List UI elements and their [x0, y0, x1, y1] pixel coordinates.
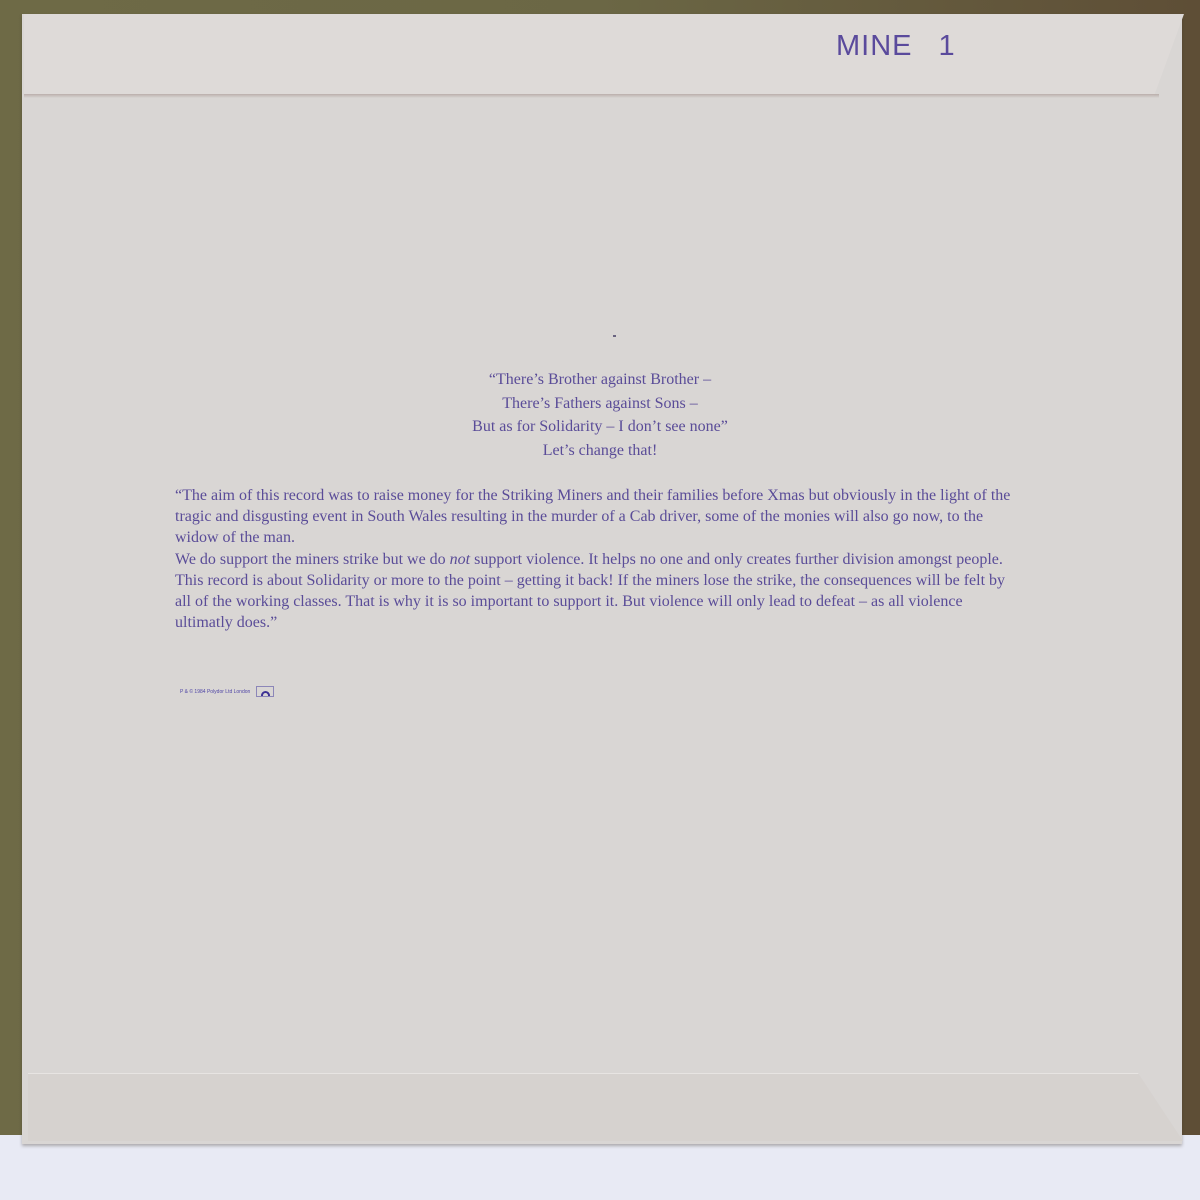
- statement-paragraph-2: We do support the miners strike but we d…: [175, 549, 1017, 570]
- catalog-number: MINE1: [836, 30, 982, 63]
- credit-text: P & © 1984 Polydor Ltd London: [180, 689, 250, 695]
- sleeve-bottom-flap: [28, 1073, 1183, 1142]
- statement-paragraph-1: “The aim of this record was to raise mon…: [175, 485, 1017, 549]
- verse-line: Let’s change that!: [380, 439, 820, 463]
- lyric-quote: “There’s Brother against Brother – There…: [380, 368, 820, 462]
- statement-text: support violence. It helps no one and on…: [470, 551, 1003, 568]
- sleeve-top-flap: [24, 14, 1184, 97]
- catalog-prefix: MINE: [836, 30, 913, 62]
- statement-paragraph-3: This record is about Solidarity or more …: [175, 570, 1017, 634]
- statement-emphasis: not: [450, 551, 470, 568]
- copyright-credit: P & © 1984 Polydor Ltd London: [180, 686, 274, 697]
- verse-line: But as for Solidarity – I don’t see none…: [380, 415, 820, 439]
- catalog-digit: 1: [939, 30, 956, 62]
- band-statement: “The aim of this record was to raise mon…: [175, 485, 1017, 633]
- statement-text: We do support the miners strike but we d…: [175, 551, 450, 568]
- flap-fold-shadow: [24, 94, 1159, 98]
- verse-line: “There’s Brother against Brother –: [380, 368, 820, 392]
- polydor-logo-icon: [256, 686, 274, 697]
- verse-line: There’s Fathers against Sons –: [380, 392, 820, 416]
- print-speck: [613, 335, 616, 337]
